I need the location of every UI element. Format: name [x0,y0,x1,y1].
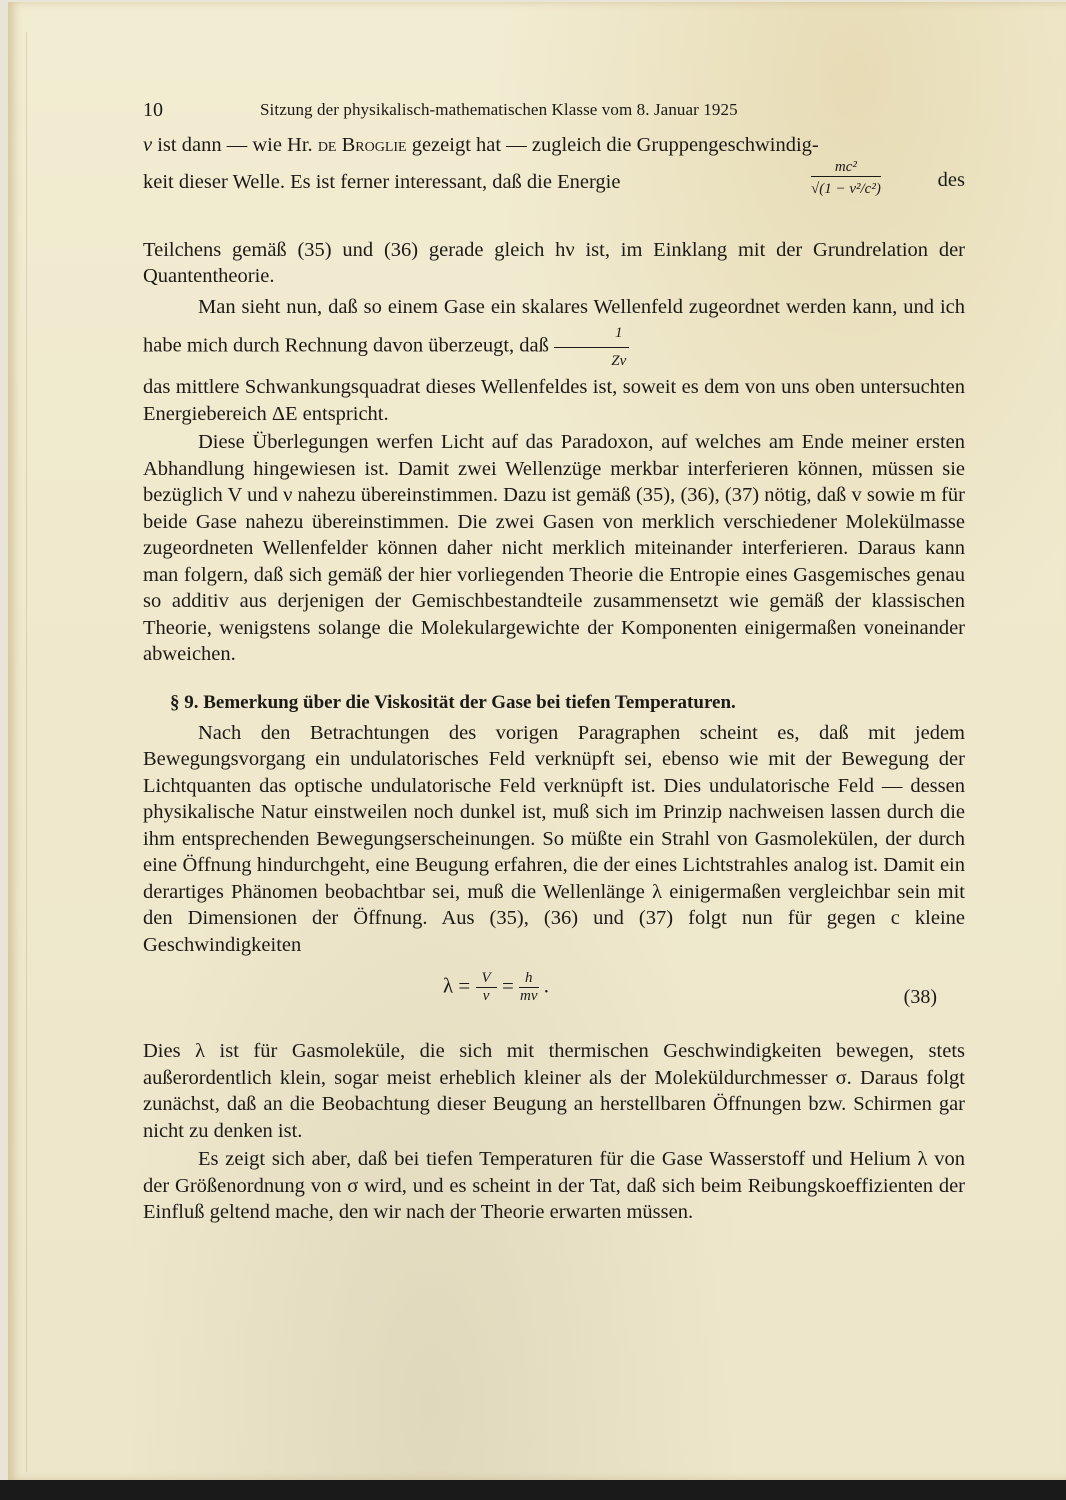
fraction-1-over-Z: 1 Zν [554,320,629,374]
section-heading: § 9. Bemerkung über die Viskosität der G… [143,692,965,714]
section-9-paragraph-2: Dies λ ist für Gasmoleküle, die sich mit… [143,1038,965,1144]
numerator: V [476,970,497,988]
fraction-V-over-nu: V ν [476,970,497,1005]
eq-lhs: λ = [443,973,470,997]
numerator: h [519,970,539,988]
page-content: 10 Sitzung der physikalisch-mathematisch… [143,96,965,1226]
eq-end: . [544,973,549,997]
text: ist dann — wie Hr. [152,134,318,156]
energy-fraction: mc² √(1 − v²/c²) [811,159,881,198]
numerator: 1 [554,320,629,348]
paragraph-2b: das mittlere Schwankungsquadrat dieses W… [143,374,965,427]
scan-edge [0,1480,1066,1500]
paragraph-1-rest: Teilchens gemäß (35) und (36) gerade gle… [143,237,965,290]
page-number: 10 [143,99,163,122]
paragraph-2a: Man sieht nun, daß so einem Gase ein ska… [143,294,965,375]
author-name: de Broglie [318,134,407,156]
section-9-paragraph-1: Nach den Betrachtungen des vorigen Parag… [143,720,965,959]
section-9-paragraph-3: Es zeigt sich aber, daß bei tiefen Tempe… [143,1146,965,1226]
denominator: ν [476,988,497,1005]
energy-denominator: √(1 − v²/c²) [811,181,881,198]
page-fold [26,32,27,1472]
denominator: Zν [554,348,629,375]
paragraph-1-line-2: keit dieser Welle. Es ist ferner interes… [143,169,783,196]
var-v: v [143,134,152,156]
equation-body: λ = V ν = h mv . [443,970,549,1005]
denominator: mv [519,988,539,1005]
paragraph-3: Diese Überlegungen werfen Licht auf das … [143,429,965,668]
text-des: des [938,169,965,192]
page-header: 10 Sitzung der physikalisch-mathematisch… [143,96,965,132]
energy-formula-line: keit dieser Welle. Es ist ferner interes… [143,159,965,237]
text: gezeigt hat — zugleich die Gruppengeschw… [407,134,819,156]
equation-number: (38) [904,986,937,1009]
paragraph-1-line-1: v ist dann — wie Hr. de Broglie gezeigt … [143,132,965,159]
equation-38: λ = V ν = h mv . (38) [143,962,965,1032]
fraction-h-over-mv: h mv [519,970,539,1005]
energy-numerator: mc² [811,159,881,177]
running-title: Sitzung der physikalisch-mathematischen … [260,100,738,120]
eq-sign: = [502,973,514,997]
